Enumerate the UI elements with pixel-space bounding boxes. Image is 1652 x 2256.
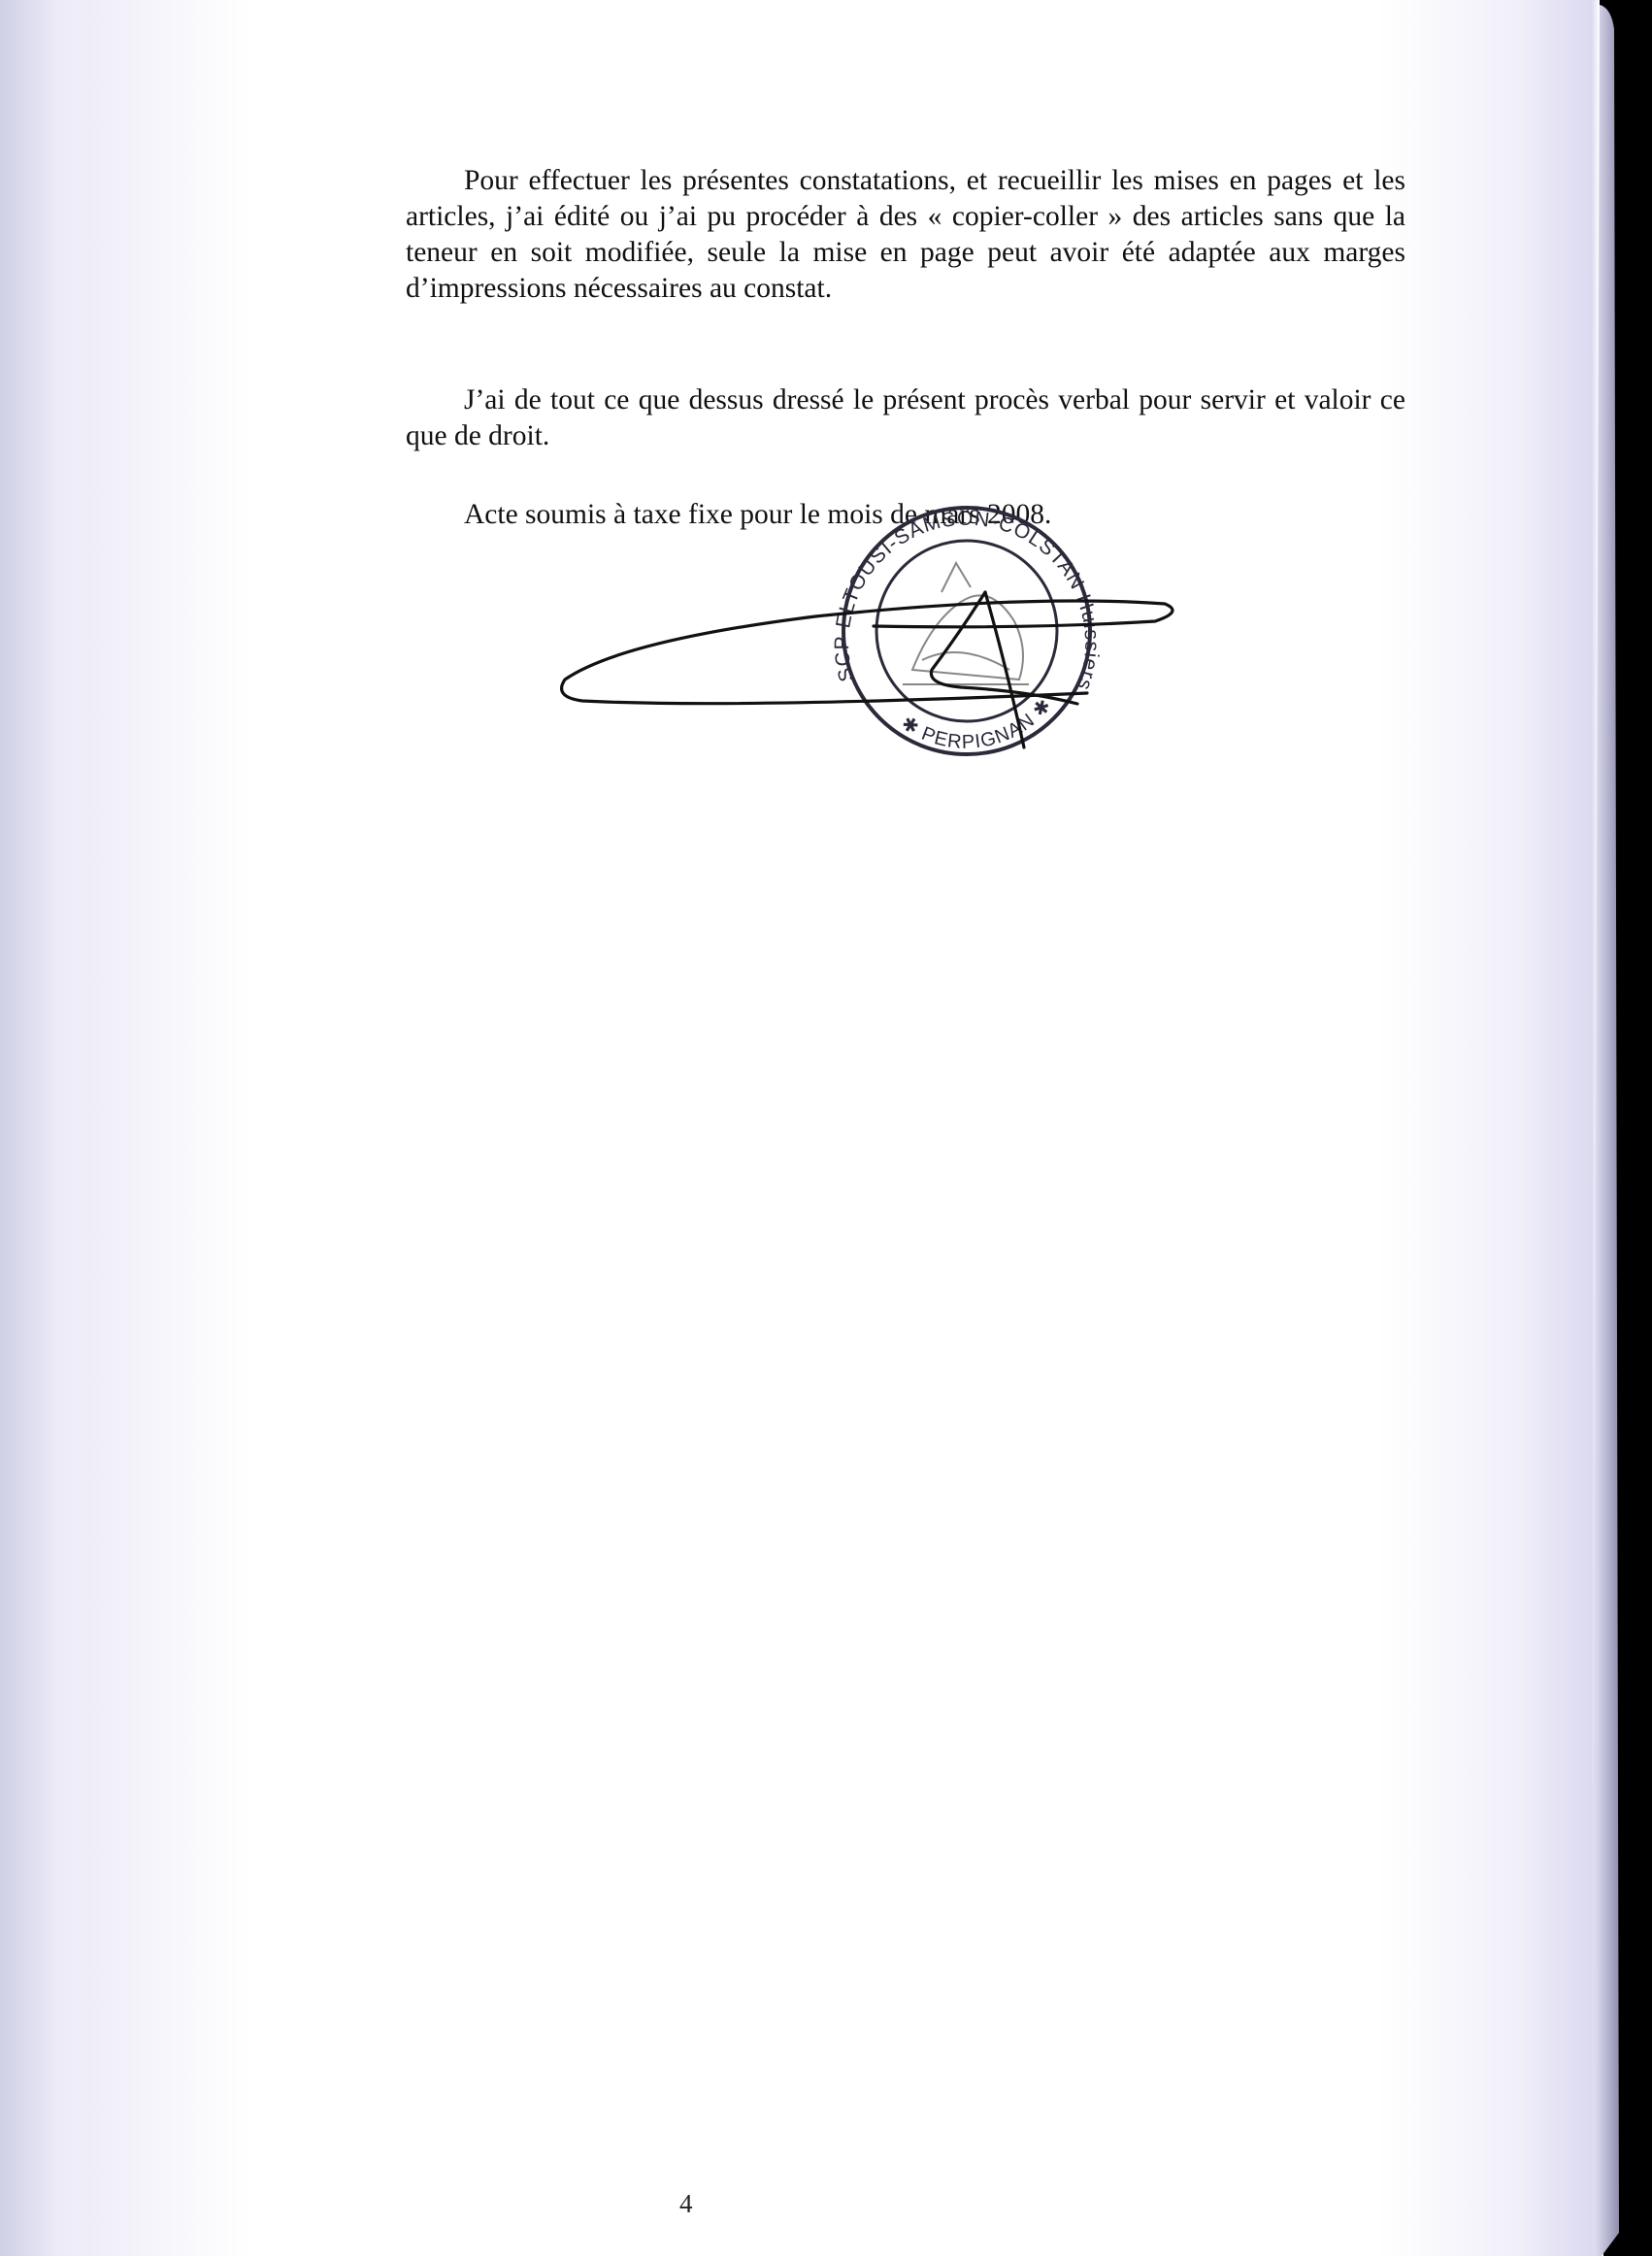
page-number: 4 bbox=[679, 2189, 693, 2219]
signature bbox=[0, 0, 1652, 2256]
